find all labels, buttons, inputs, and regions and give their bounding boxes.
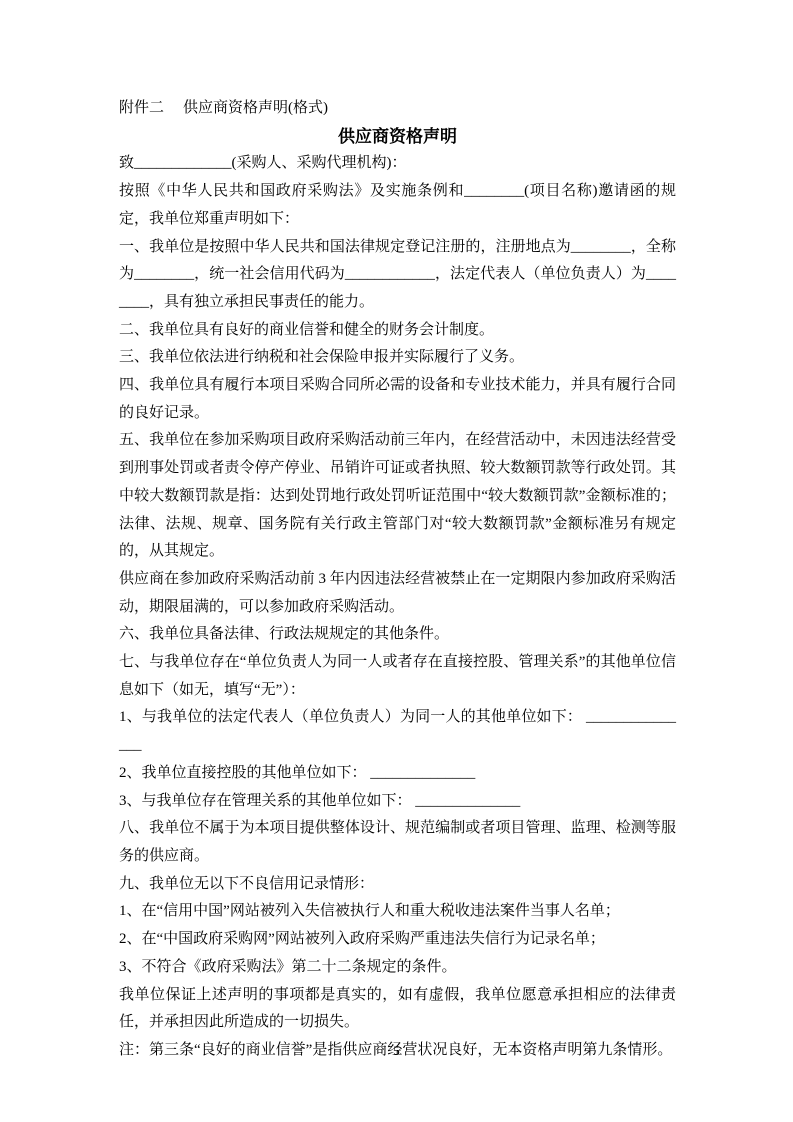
clause-8: 八、我单位不属于为本项目提供整体设计、规范编制或者项目管理、监理、检测等服务的供… xyxy=(119,815,676,870)
clause-7-item-1: 1、与我单位的法定代表人（单位负责人）为同一人的其他单位如下： ________… xyxy=(119,704,676,759)
truthfulness-statement: 我单位保证上述声明的事项都是真实的，如有虚假，我单位愿意承担相应的法律责任，并承… xyxy=(119,982,676,1037)
attachment-title: 供应商资格声明(格式) xyxy=(183,100,328,116)
attachment-heading: 附件二供应商资格声明(格式) xyxy=(119,95,676,123)
clause-7-item-3: 3、与我单位存在管理关系的其他单位如下： ______________ xyxy=(119,788,676,816)
clause-9-item-3: 3、不符合《政府采购法》第二十二条规定的条件。 xyxy=(119,954,676,982)
page-title: 供应商资格声明 xyxy=(119,123,676,151)
clause-9-item-2: 2、在“中国政府采购网”网站被列入政府采购严重违法失信行为记录名单； xyxy=(119,926,676,954)
clause-9: 九、我单位无以下不良信用记录情形： xyxy=(119,871,676,899)
clause-5: 五、我单位在参加采购项目政府采购活动前三年内，在经营活动中，未因违法经营受到刑事… xyxy=(119,427,676,566)
clause-2: 二、我单位具有良好的商业信誉和健全的财务会计制度。 xyxy=(119,317,676,345)
page-footer: 5 xyxy=(0,1044,793,1058)
clause-4: 四、我单位具有履行本项目采购合同所必需的设备和专业技术能力，并具有履行合同的良好… xyxy=(119,372,676,427)
preamble: 按照《中华人民共和国政府采购法》及实施条例和________(项目名称)邀请函的… xyxy=(119,178,676,233)
clause-6: 六、我单位具备法律、行政法规规定的其他条件。 xyxy=(119,621,676,649)
clause-7: 七、与我单位存在“单位负责人为同一人或者存在直接控股、管理关系”的其他单位信息如… xyxy=(119,649,676,704)
clause-5-supplement: 供应商在参加政府采购活动前 3 年内因违法经营被禁止在一定期限内参加政府采购活动… xyxy=(119,566,676,621)
attachment-label: 附件二 xyxy=(119,95,164,123)
salutation-line: 致_____________(采购人、采购代理机构)： xyxy=(119,150,676,178)
clause-1: 一、我单位是按照中华人民共和国法律规定登记注册的，注册地点为________，全… xyxy=(119,234,676,317)
page-number: 5 xyxy=(393,1043,400,1058)
clause-7-item-2: 2、我单位直接控股的其他单位如下： ______________ xyxy=(119,760,676,788)
clause-9-item-1: 1、在“信用中国”网站被列入失信被执行人和重大税收违法案件当事人名单； xyxy=(119,898,676,926)
document-page: 附件二供应商资格声明(格式) 供应商资格声明 致_____________(采购… xyxy=(0,0,793,1122)
clause-3: 三、我单位依法进行纳税和社会保险申报并实际履行了义务。 xyxy=(119,344,676,372)
document-content: 附件二供应商资格声明(格式) 供应商资格声明 致_____________(采购… xyxy=(119,95,676,1065)
